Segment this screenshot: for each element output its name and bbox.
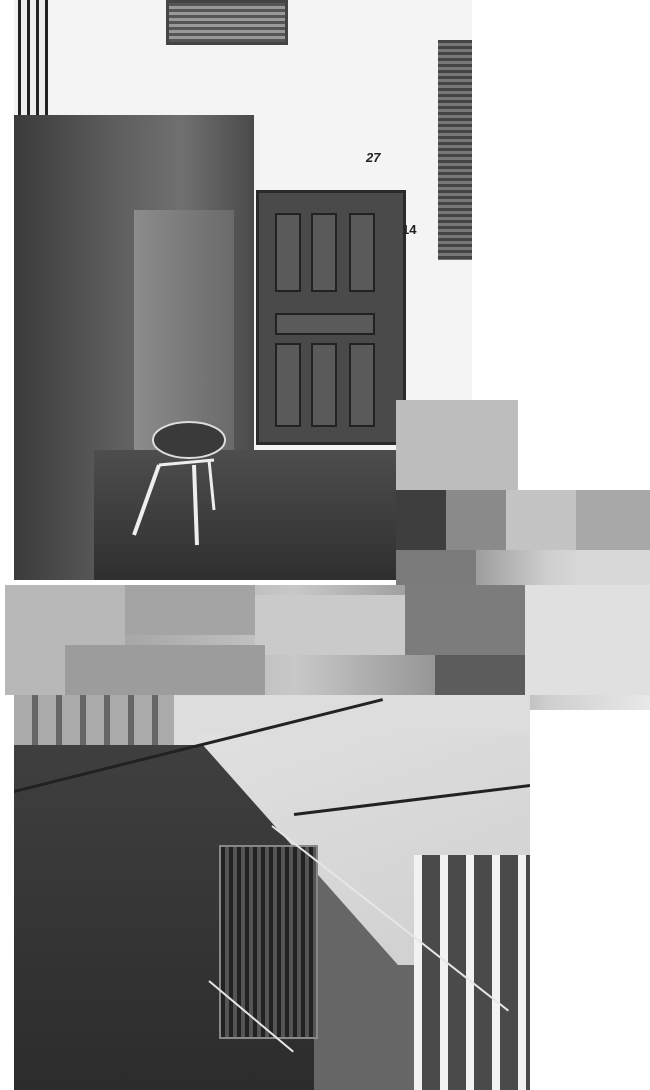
- wooden-door: [256, 190, 406, 445]
- roof-tiles: [14, 695, 174, 745]
- plant-area: [396, 400, 518, 490]
- door-plate-label: 27: [366, 150, 380, 165]
- balcony-photo: [14, 695, 530, 1090]
- house-number-label: 14: [402, 222, 416, 237]
- redaction-band-middle: [5, 585, 650, 695]
- balcony-railing: [414, 855, 530, 1090]
- shuttered-window: [219, 845, 318, 1039]
- upper-window-shutter: [166, 0, 288, 45]
- chair-icon: [129, 410, 229, 550]
- drainpipes: [18, 0, 48, 125]
- side-window-shutter: [438, 40, 472, 260]
